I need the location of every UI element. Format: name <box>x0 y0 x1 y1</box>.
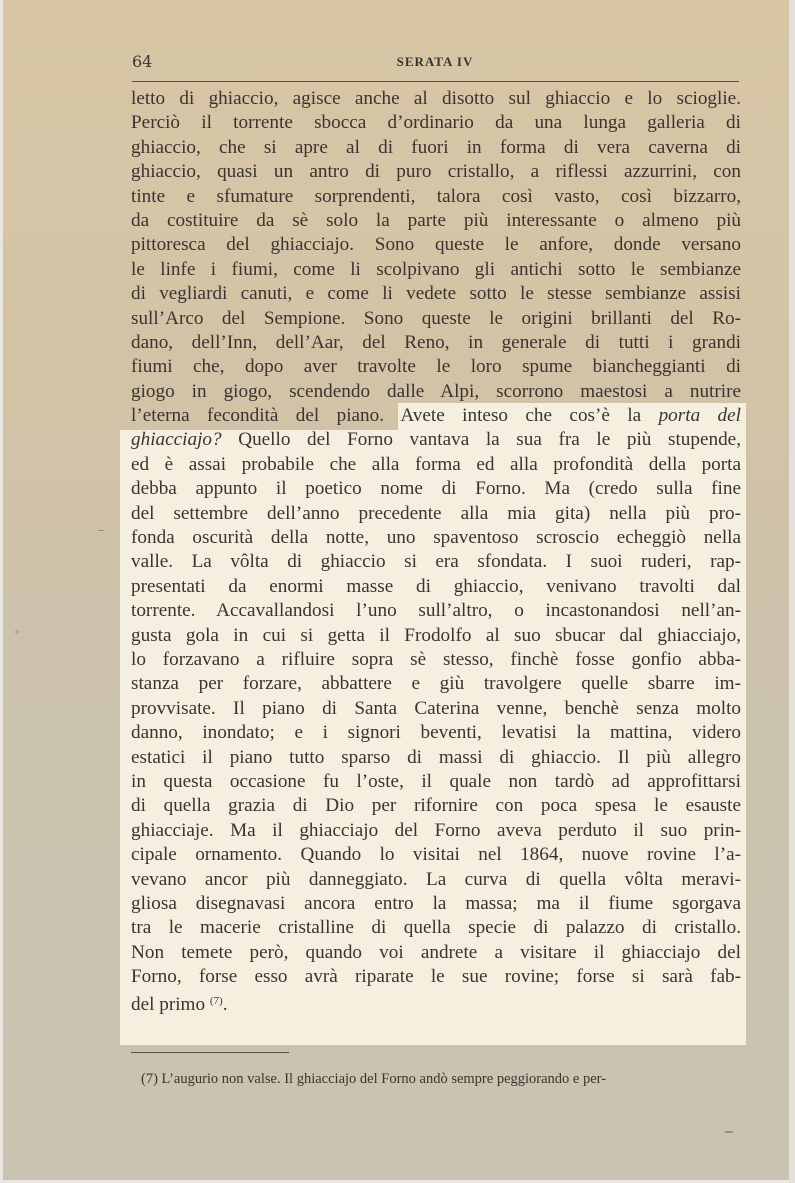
footnote-rule <box>131 1052 289 1053</box>
text-line: sull’Arco del Sempione. Sono queste le o… <box>131 307 741 331</box>
text-line: letto di ghiaccio, agisce anche al disot… <box>131 87 741 111</box>
text-line: stanza per forzare, abbattere e giù trav… <box>131 672 741 696</box>
footnote: (7) L’augurio non valse. Il ghiacciajo d… <box>141 1071 741 1088</box>
text-line: da costituire da sè solo la parte più in… <box>131 209 741 233</box>
text-line: pittoresca del ghiacciajo. Sono queste l… <box>131 233 741 257</box>
text-line: Non temete però, quando voi andrete a vi… <box>131 941 741 965</box>
running-head: SERATA IV <box>132 54 738 70</box>
text-line: lo forzavano a rifluire sopra sè stesso,… <box>131 648 741 672</box>
text-line: vevano ancor più danneggiato. La curva d… <box>131 868 741 892</box>
text-line: tinte e sfumature sorprendenti, talora c… <box>131 185 741 209</box>
text-line: di vegliardi canuti, e come li vedete so… <box>131 282 741 306</box>
margin-mark <box>15 630 19 634</box>
text-line: valle. La vôlta di ghiaccio si era sfond… <box>131 550 741 574</box>
text-line: ed è assai probabile che alla forma ed a… <box>131 453 741 477</box>
text-line: Forno, forse esso avrà riparate le sue r… <box>131 965 741 989</box>
page-header: 64 SERATA IV <box>132 52 738 82</box>
page-spot <box>725 1131 733 1133</box>
text-line: in questa occasione fu l’oste, il quale … <box>131 770 741 794</box>
text-line: cipale ornamento. Quando lo visitai nel … <box>131 843 741 867</box>
text-line: ghiaccio, che si apre al di fuori in for… <box>131 136 741 160</box>
text-line: del settembre dell’anno precedente alla … <box>131 502 741 526</box>
text-line: torrente. Accavallandosi l’uno sull’altr… <box>131 599 741 623</box>
text-line: provvisate. Il piano di Santa Caterina v… <box>131 697 741 721</box>
text-line: gusta gola in cui si getta il Frodolfo a… <box>131 624 741 648</box>
text-line: Perciò il torrente sbocca d’ordinario da… <box>131 111 741 135</box>
text-line: ghiacciaje. Ma il ghiacciajo del Forno a… <box>131 819 741 843</box>
text-run: del primo <box>131 994 210 1015</box>
text-line: danno, inondato; e i signori beventi, le… <box>131 721 741 745</box>
italic-phrase: ghiacciajo? <box>131 429 222 450</box>
text-line: fiumi che, dopo aver travolte le loro sp… <box>131 355 741 379</box>
text-line: estatici il piano tutto sparso di massi … <box>131 746 741 770</box>
text-run: . <box>223 994 228 1015</box>
text-line: presentati da enormi masse di ghiaccio, … <box>131 575 741 599</box>
footnote-reference[interactable]: (7) <box>210 995 223 1007</box>
text-line: tra le macerie cristalline di quella spe… <box>131 916 741 940</box>
text-line: dano, dell’Inn, dell’Aar, del Reno, in g… <box>131 331 741 355</box>
text-run: l’eterna fecondità del piano. Avete inte… <box>131 405 659 426</box>
text-line: ghiacciajo? Quello del Forno vantava la … <box>131 428 741 452</box>
text-run: Quello del Forno vantava la sua fra le p… <box>222 429 741 450</box>
text-line: di quella grazia di Dio per rifornire co… <box>131 794 741 818</box>
text-line: gliosa disegnavasi ancora entro la massa… <box>131 892 741 916</box>
text-line: ghiaccio, quasi un antro di puro cristal… <box>131 160 741 184</box>
text-line: fonda oscurità della notte, uno spavento… <box>131 526 741 550</box>
text-line: l’eterna fecondità del piano. Avete inte… <box>131 404 741 428</box>
text-line: le linfe i fiumi, come li scolpivano gli… <box>131 258 741 282</box>
text-line: del primo (7). <box>131 989 741 1013</box>
page-edge <box>789 0 795 1183</box>
header-rule <box>132 81 739 82</box>
text-line: giogo in giogo, scendendo dalle Alpi, sc… <box>131 380 741 404</box>
text-line: debba appunto il poetico nome di Forno. … <box>131 477 741 501</box>
body-text: letto di ghiaccio, agisce anche al disot… <box>131 87 741 1014</box>
italic-phrase: porta del <box>659 405 741 426</box>
margin-mark <box>98 530 104 531</box>
